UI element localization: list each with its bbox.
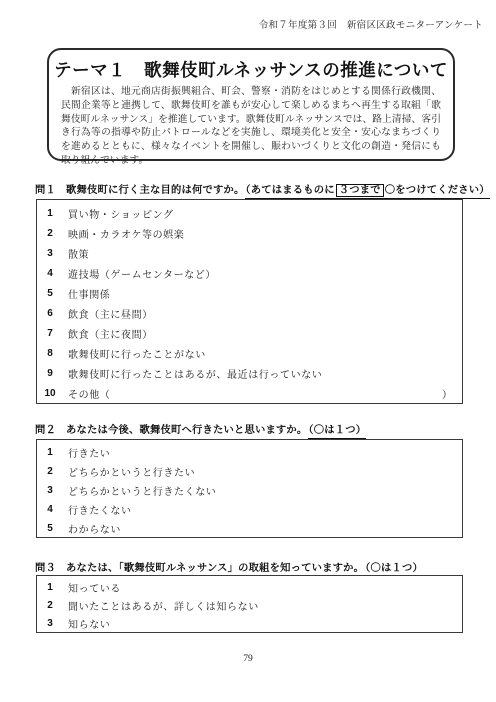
option-number: 4	[37, 268, 63, 279]
option-number: 2	[37, 228, 63, 239]
option-number: 1	[37, 447, 63, 458]
question-2-instruction: （〇は１つ）	[308, 425, 366, 439]
option-row: 7 飲食（主に夜間）	[37, 323, 462, 343]
question-1-text: 歌舞伎町に行く主な目的は何ですか。	[66, 185, 244, 196]
option-label: 散策	[68, 246, 89, 261]
option-row: 3 散策	[37, 243, 462, 263]
option-row: 2 映画・カラオケ等の娯楽	[37, 223, 462, 243]
option-number: 4	[37, 504, 63, 515]
option-row: 1 行きたい	[37, 443, 462, 462]
option-row: 5 わからない	[37, 519, 462, 538]
option-label: 飲食（主に夜間）	[68, 326, 153, 341]
option-row: 6 飲食（主に昼間）	[37, 303, 462, 323]
option-label: どちらかというと行きたい	[68, 464, 195, 479]
option-number: 3	[37, 248, 63, 259]
option-row: 1 知っている	[37, 578, 462, 596]
option-number: 9	[37, 368, 63, 379]
option-number: 3	[37, 618, 63, 629]
option-row: 9 歌舞伎町に行ったことはあるが、最近は行っていない	[37, 363, 462, 383]
option-row: 3 どちらかというと行きたくない	[37, 481, 462, 500]
option-number: 8	[37, 348, 63, 359]
question-2-text: あなたは今後、歌舞伎町へ行きたいと思いますか。	[66, 425, 307, 436]
option-label: 知っている	[68, 580, 121, 595]
option-label: 遊技場（ゲームセンターなど）	[68, 266, 216, 281]
option-row: 2 どちらかというと行きたい	[37, 462, 462, 481]
option-label: 行きたい	[68, 445, 110, 460]
question-3-text: あなたは、「歌舞伎町ルネッサンス」の取組を知っていますか。	[66, 563, 364, 574]
question-3-options-box: 1 知っている 2 聞いたことはあるが、詳しくは知らない 3 知らない	[36, 575, 463, 633]
question-2-options-box: 1 行きたい 2 どちらかというと行きたい 3 どちらかというと行きたくない 4…	[36, 439, 463, 538]
instruction-boxed-limit: ３つまで	[336, 184, 384, 197]
instruction-suffix: 〇をつけてください）	[385, 185, 490, 196]
option-label: 知らない	[68, 616, 110, 631]
option-label: 映画・カラオケ等の娯楽	[68, 226, 184, 241]
option-number: 3	[37, 485, 63, 496]
option-row: 1 買い物・ショッピング	[37, 203, 462, 223]
option-row: 4 遊技場（ゲームセンターなど）	[37, 263, 462, 283]
question-1-instruction: （あてはまるものに３つまで〇をつけてください）	[245, 185, 489, 199]
option-label: 歌舞伎町に行ったことはあるが、最近は行っていない	[68, 366, 322, 381]
question-2-header: 問２あなたは今後、歌舞伎町へ行きたいと思いますか。（〇は１つ）	[35, 421, 366, 436]
option-number: 2	[37, 600, 63, 611]
page-number: 79	[0, 654, 496, 664]
option-label: 仕事関係	[68, 286, 110, 301]
theme-description: 新宿区は、地元商店街振興組合、町会、警察・消防をはじめとする関係行政機関、民間企…	[61, 85, 441, 168]
option-label: わからない	[68, 521, 121, 536]
question-3-header: 問３あなたは、「歌舞伎町ルネッサンス」の取組を知っていますか。（〇は１つ）	[35, 559, 423, 574]
option-number: 5	[37, 288, 63, 299]
option-label: 買い物・ショッピング	[68, 206, 174, 221]
option-number: 7	[37, 328, 63, 339]
option-number: 2	[37, 466, 63, 477]
option-number: 10	[37, 388, 63, 399]
option-number: 1	[37, 208, 63, 219]
survey-page: 令和７年度第３回 新宿区区政モニターアンケート テーマ１ 歌舞伎町ルネッサンスの…	[0, 0, 496, 702]
theme-title: テーマ１ 歌舞伎町ルネッサンスの推進について	[49, 57, 453, 82]
option-row-other: 10 その他（ ）	[37, 383, 462, 403]
option-label: どちらかというと行きたくない	[68, 483, 216, 498]
option-label: その他（	[68, 386, 110, 401]
question-1-options-box: 1 買い物・ショッピング 2 映画・カラオケ等の娯楽 3 散策 4 遊技場（ゲー…	[36, 199, 463, 404]
option-label: 飲食（主に昼間）	[68, 306, 153, 321]
option-row: 2 聞いたことはあるが、詳しくは知らない	[37, 596, 462, 614]
question-3-label: 問３	[35, 563, 56, 574]
option-label: 歌舞伎町に行ったことがない	[68, 346, 206, 361]
option-label: 行きたくない	[68, 502, 132, 517]
instruction-prefix: （あてはまるものに	[245, 185, 334, 196]
option-row: 5 仕事関係	[37, 283, 462, 303]
option-label: 聞いたことはあるが、詳しくは知らない	[68, 598, 259, 613]
option-row: 8 歌舞伎町に行ったことがない	[37, 343, 462, 363]
document-header: 令和７年度第３回 新宿区区政モニターアンケート	[259, 17, 483, 31]
question-2-label: 問２	[35, 425, 56, 436]
question-1-label: 問１	[35, 185, 56, 196]
option-number: 5	[37, 523, 63, 534]
theme-box: テーマ１ 歌舞伎町ルネッサンスの推進について 新宿区は、地元商店街振興組合、町会…	[47, 48, 455, 161]
option-number: 1	[37, 582, 63, 593]
option-row: 3 知らない	[37, 614, 462, 632]
option-number: 6	[37, 308, 63, 319]
option-label-close-paren: ）	[442, 386, 452, 401]
question-1-header: 問１歌舞伎町に行く主な目的は何ですか。（あてはまるものに３つまで〇をつけてくださ…	[35, 181, 490, 196]
option-row: 4 行きたくない	[37, 500, 462, 519]
